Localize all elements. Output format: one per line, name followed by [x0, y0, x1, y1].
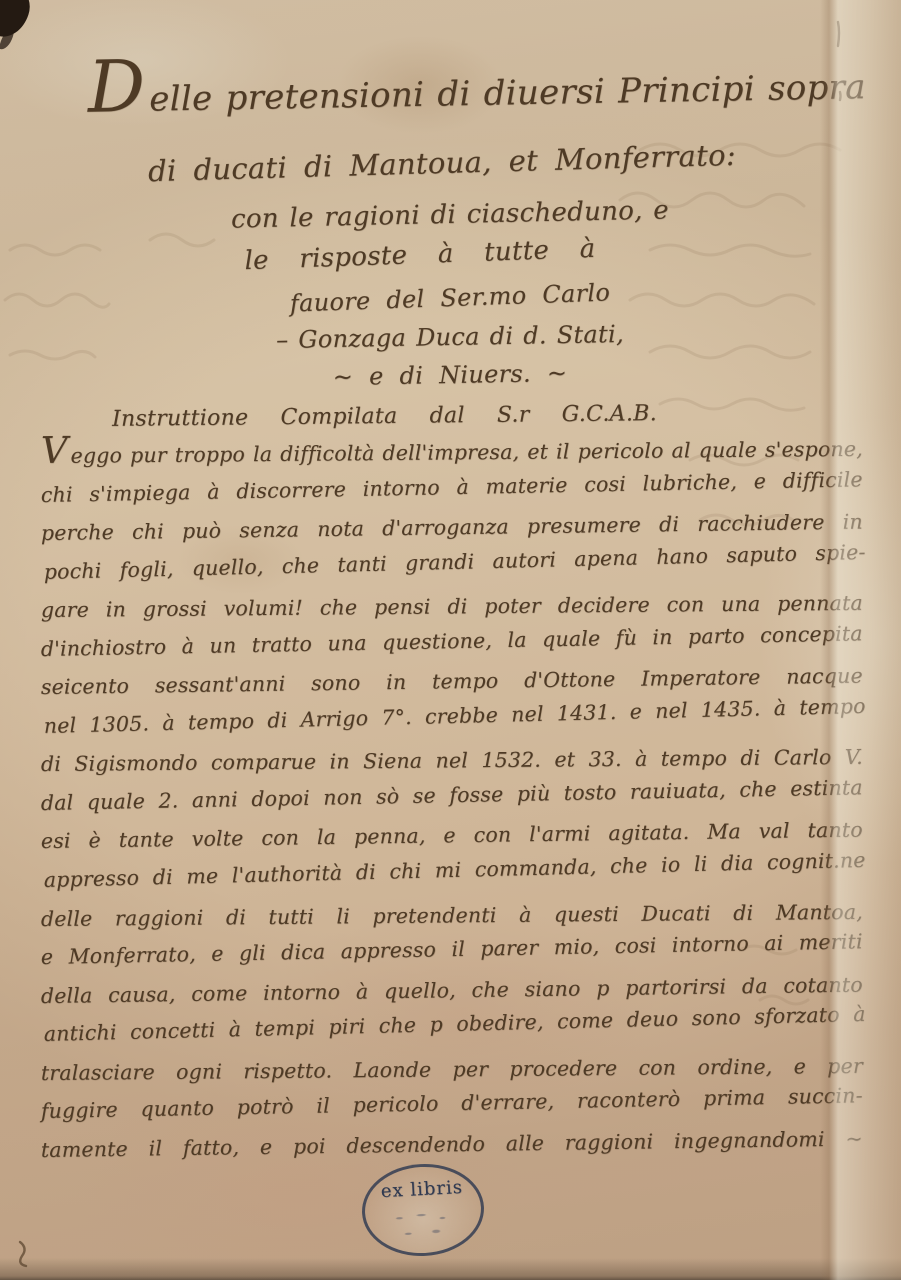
- title-line-5: fauore del Ser.mo Carlo: [235, 277, 666, 320]
- title-line-4: le risposte à tutte à: [200, 232, 641, 277]
- section-heading: Instruttione Compilata dal S.r G.C.A.B.: [112, 401, 657, 432]
- binding-corner-shadow: [0, 0, 35, 43]
- stamp-faded-text-smudge: [387, 1209, 458, 1239]
- margin-pen-mark: [20, 1242, 26, 1266]
- folio-mark: [838, 22, 839, 46]
- body-text-block: Veggo pur troppo la difficoltà dell'impr…: [41, 444, 863, 1176]
- title-line-7: ~ e di Niuers. ~: [255, 358, 645, 393]
- manuscript-page: Delle pretensioni di diuersi Principi so…: [0, 0, 901, 1280]
- title-line-6: – Gonzaga Duca di d. Stati,: [215, 319, 685, 355]
- title-line-2: di ducati di Mantoua, et Monferrato:: [148, 138, 737, 188]
- ex-libris-stamp-label: ex libris: [363, 1176, 480, 1203]
- title-line-3: con le ragioni di ciascheduno, e: [200, 195, 701, 235]
- title-line-1: Delle pretensioni di diuersi Principi so…: [88, 67, 861, 120]
